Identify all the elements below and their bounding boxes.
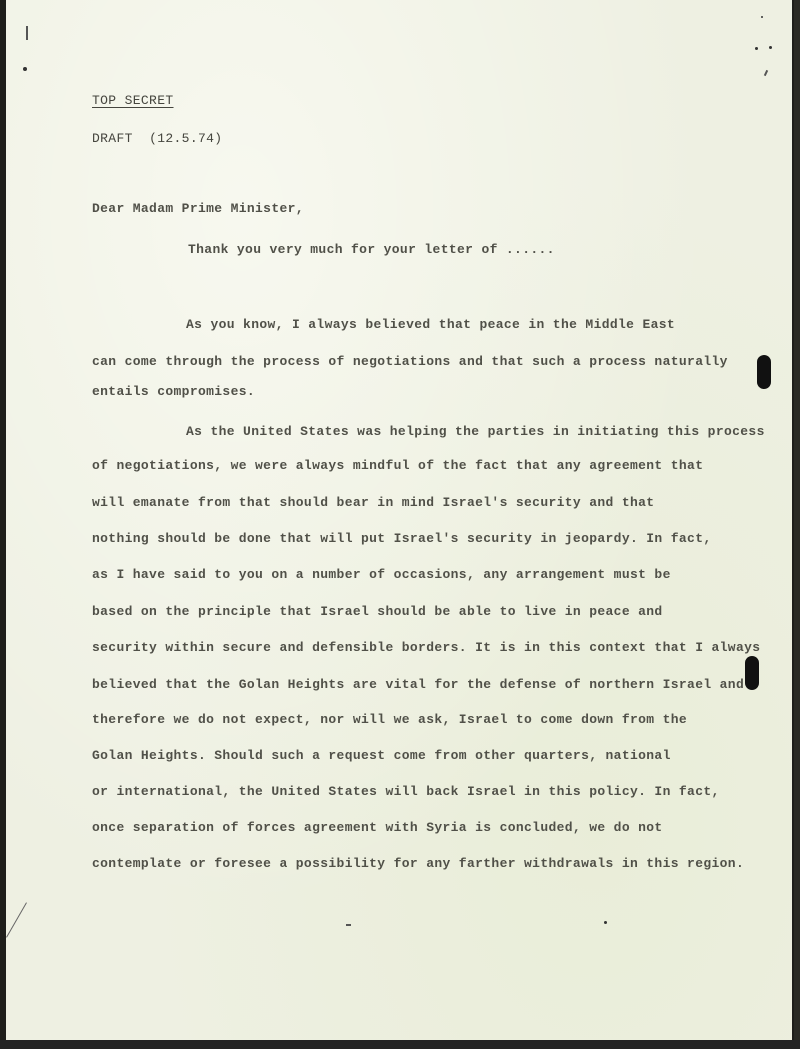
draft-date: (12.5.74) [149, 131, 222, 146]
scan-artifact [23, 67, 27, 71]
body-line: can come through the process of negotiat… [92, 354, 728, 369]
scan-artifact [761, 16, 763, 18]
punch-hole-mark [745, 656, 759, 690]
body-line: nothing should be done that will put Isr… [92, 531, 712, 546]
scan-artifact [604, 921, 607, 924]
body-line: Golan Heights. Should such a request com… [92, 748, 671, 763]
draft-label: DRAFT (12.5.74) [92, 131, 222, 146]
scan-border-bottom [0, 1040, 800, 1049]
body-line: security within secure and defensible bo… [92, 640, 760, 655]
scan-border-right [794, 0, 800, 1049]
classification-label: TOP SECRET [92, 93, 174, 108]
body-line: or international, the United States will… [92, 784, 720, 799]
body-line: As the United States was helping the par… [186, 424, 765, 439]
body-line: believed that the Golan Heights are vita… [92, 677, 744, 692]
body-line: contemplate or foresee a possibility for… [92, 856, 744, 871]
scan-artifact [26, 26, 28, 40]
body-line: therefore we do not expect, nor will we … [92, 712, 687, 727]
body-line: as I have said to you on a number of occ… [92, 567, 671, 582]
opening-line: Thank you very much for your letter of .… [188, 242, 555, 257]
scan-artifact [755, 47, 758, 50]
document-page: TOP SECRET DRAFT (12.5.74) Dear Madam Pr… [6, 0, 792, 1040]
body-line: As you know, I always believed that peac… [186, 317, 675, 332]
body-line: will emanate from that should bear in mi… [92, 495, 654, 510]
punch-hole-mark [757, 355, 771, 389]
scan-artifact [6, 902, 27, 937]
scan-artifact [764, 70, 768, 76]
scan-artifact [769, 46, 772, 49]
body-line: entails compromises. [92, 384, 255, 399]
salutation: Dear Madam Prime Minister, [92, 201, 304, 216]
scan-artifact [346, 924, 351, 926]
body-line: once separation of forces agreement with… [92, 820, 663, 835]
body-line: based on the principle that Israel shoul… [92, 604, 663, 619]
body-line: of negotiations, we were always mindful … [92, 458, 703, 473]
draft-text: DRAFT [92, 131, 133, 146]
